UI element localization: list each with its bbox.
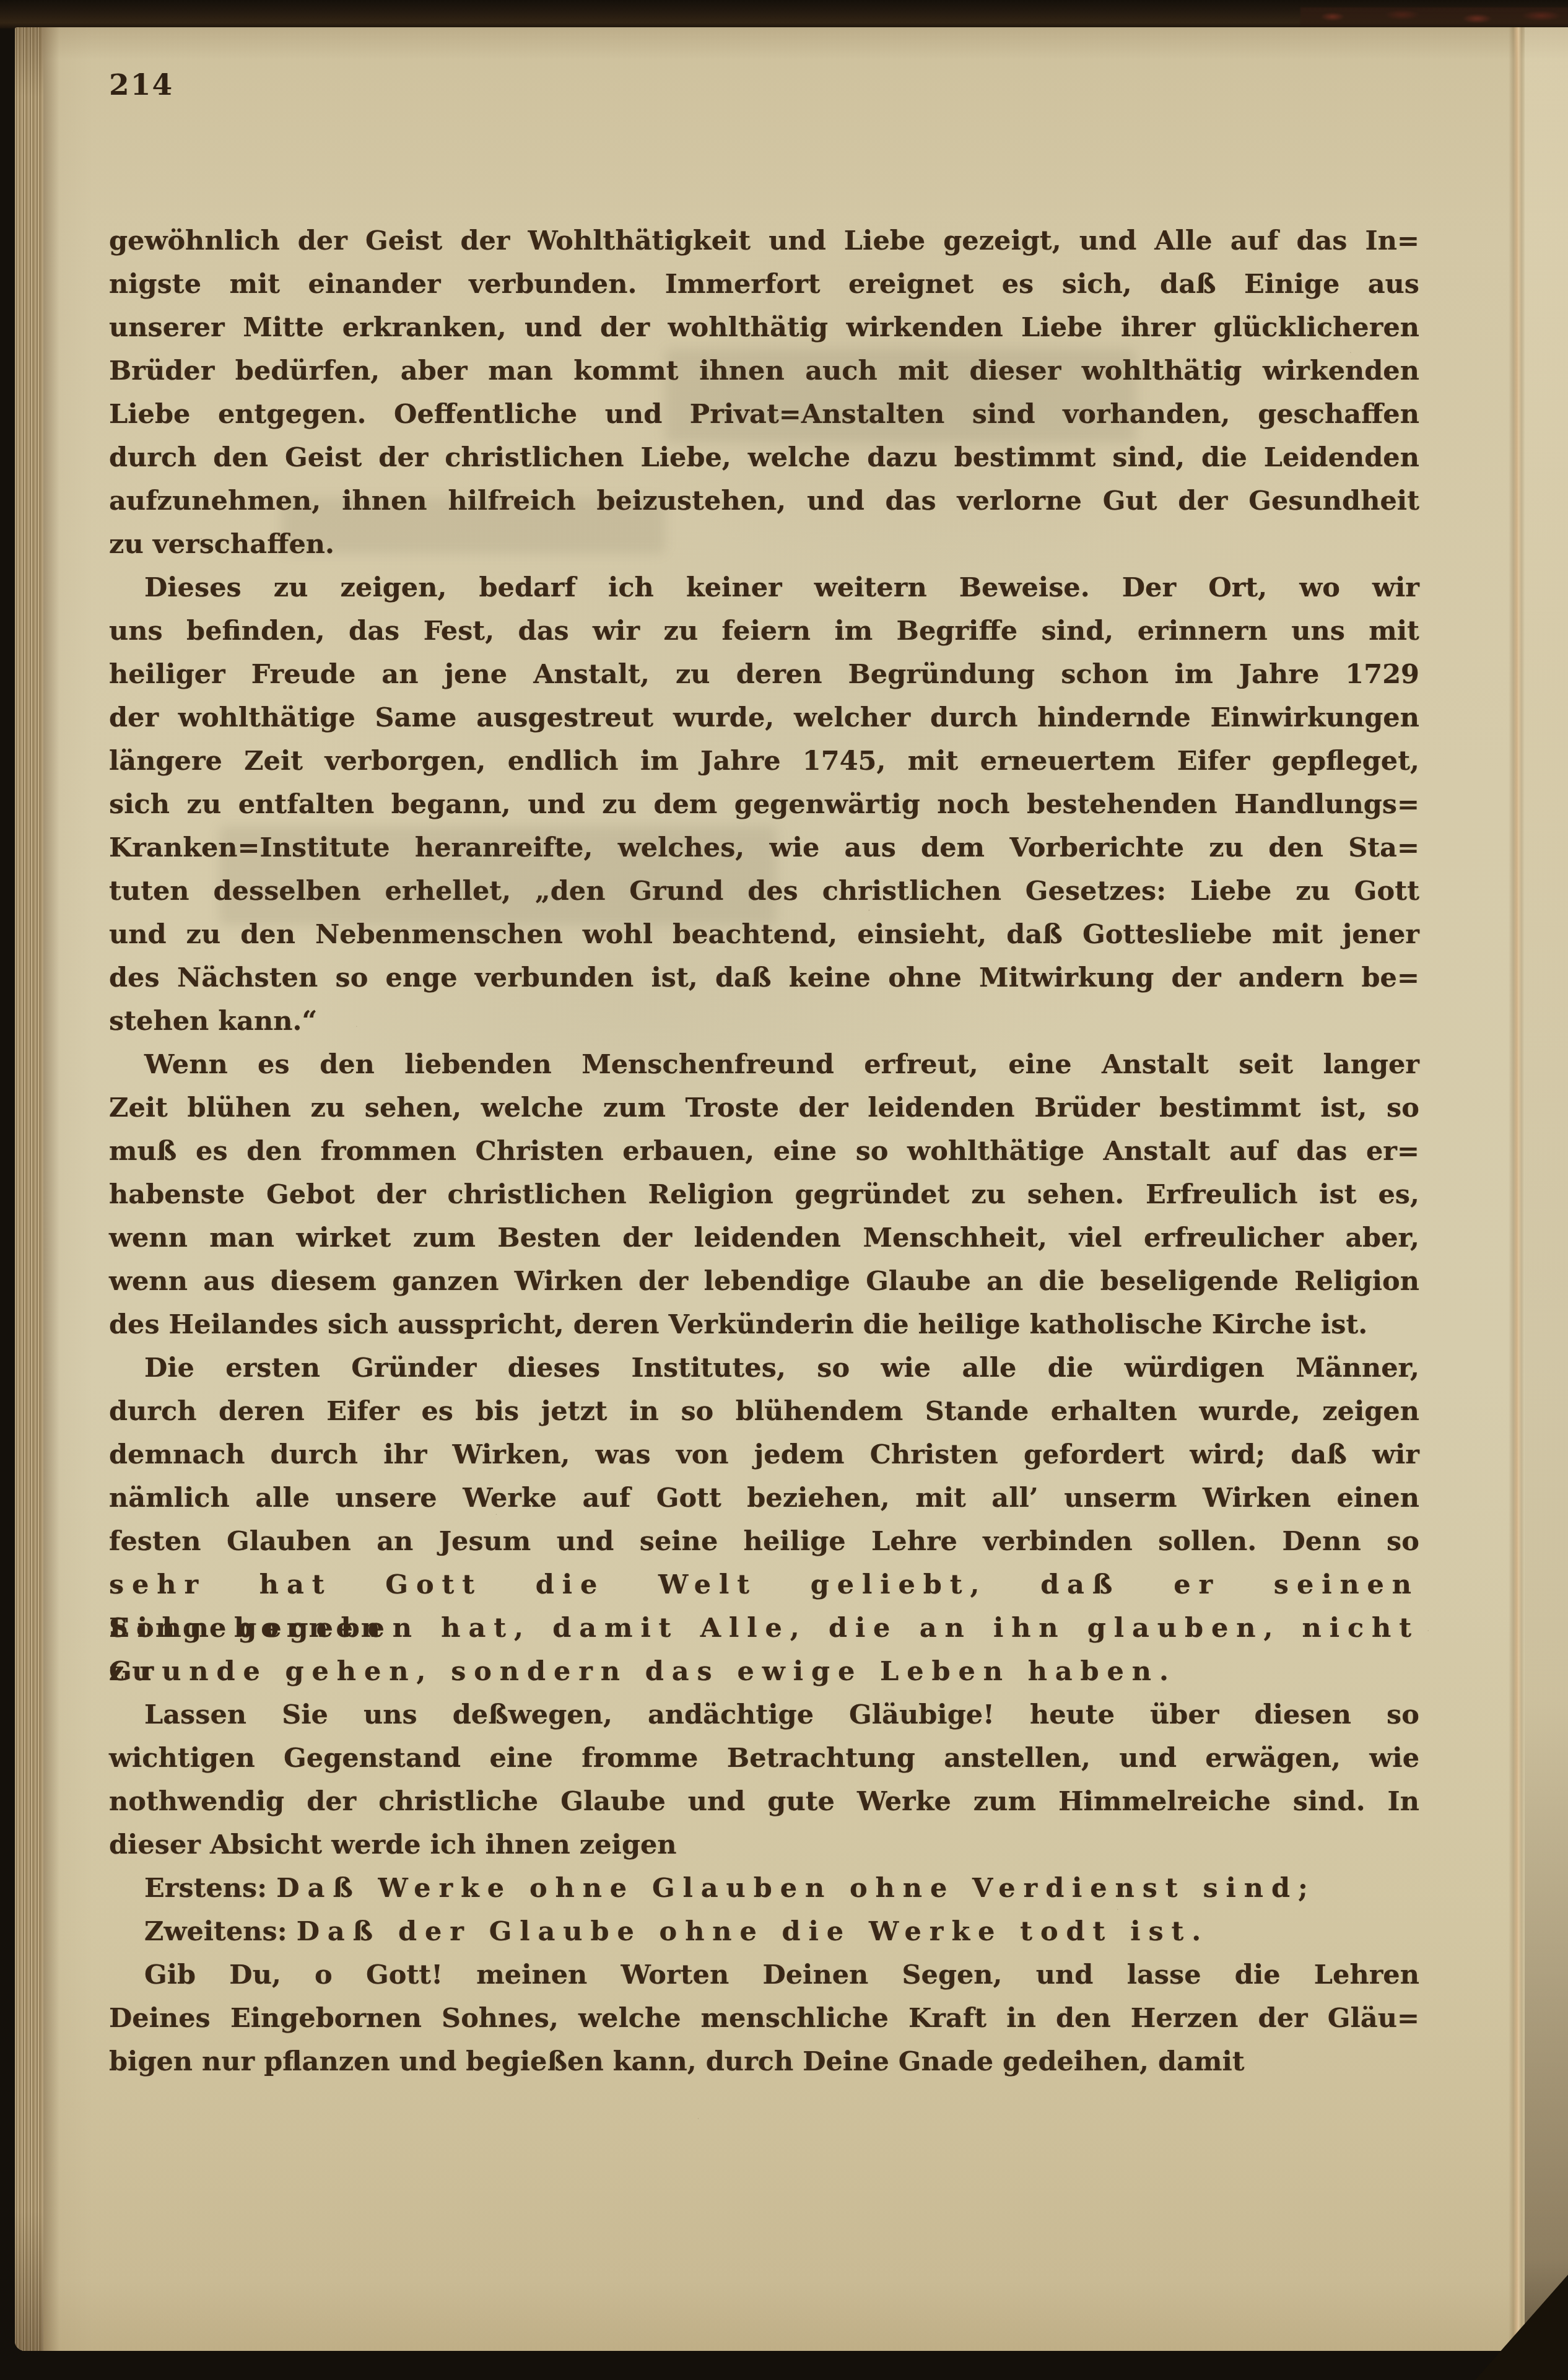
text-block: gewöhnlich der Geist der Wohlthätigkeit …	[109, 219, 1419, 2083]
body-text: der wohlthätige Same ausgestreut wurde, …	[109, 702, 1419, 733]
text-line: aufzunehmen, ihnen hilfreich beizustehen…	[109, 479, 1419, 523]
body-text: habenste Gebot der christlichen Religion…	[109, 1179, 1419, 1210]
text-line: Gib Du, o Gott! meinen Worten Deinen Seg…	[109, 1953, 1419, 1997]
body-text: durch den Geist der christlichen Liebe, …	[109, 442, 1419, 473]
text-line: wenn aus diesem ganzen Wirken der lebend…	[109, 1260, 1419, 1303]
paragraph: Zweitens: Daß der Glaube ohne die Werke …	[109, 1910, 1419, 1953]
body-text: aufzunehmen, ihnen hilfreich beizustehen…	[109, 486, 1419, 517]
body-text: des Heilandes sich ausspricht, deren Ver…	[109, 1309, 1367, 1340]
body-text: demnach durch ihr Wirken, was von jedem …	[109, 1439, 1419, 1470]
paragraph: Die ersten Gründer dieses Institutes, so…	[109, 1346, 1419, 1693]
letterspaced-text: Daß Werke ohne Glauben ohne Verdienst si…	[276, 1873, 1316, 1904]
body-text: Deines Eingebornen Sohnes, welche mensch…	[109, 2003, 1419, 2034]
text-line: Die ersten Gründer dieses Institutes, so…	[109, 1346, 1419, 1390]
text-line: Zeit blühen zu sehen, welche zum Troste …	[109, 1086, 1419, 1130]
text-line: des Nächsten so enge verbunden ist, daß …	[109, 956, 1419, 1000]
body-text: nothwendig der christliche Glaube und gu…	[109, 1786, 1419, 1817]
body-text: sich zu entfalten begann, und zu dem geg…	[109, 789, 1419, 820]
paragraph: Gib Du, o Gott! meinen Worten Deinen Seg…	[109, 1953, 1419, 2083]
text-line: Lassen Sie uns deßwegen, andächtige Gläu…	[109, 1693, 1419, 1737]
page-edge-shadow	[43, 27, 59, 2351]
body-text: Wenn es den liebenden Menschenfreund erf…	[144, 1049, 1419, 1080]
body-text: zu verschaffen.	[109, 529, 334, 560]
text-line: heiliger Freude an jene Anstalt, zu dere…	[109, 653, 1419, 696]
text-line: längere Zeit verborgen, endlich im Jahre…	[109, 739, 1419, 783]
body-text: nigste mit einander verbunden. Immerfort…	[109, 269, 1419, 300]
body-text: Zeit blühen zu sehen, welche zum Troste …	[109, 1092, 1419, 1123]
text-line: nämlich alle unsere Werke auf Gott bezie…	[109, 1476, 1419, 1520]
body-text: Gib Du, o Gott! meinen Worten Deinen Seg…	[144, 1959, 1419, 1990]
body-text: bigen nur pflanzen und begießen kann, du…	[109, 2046, 1245, 2077]
paragraph: Erstens: Daß Werke ohne Glauben ohne Ver…	[109, 1867, 1419, 1910]
body-text: wichtigen Gegenstand eine fromme Betrach…	[109, 1743, 1419, 1774]
text-line: sehr hat Gott die Welt geliebt, daß er s…	[109, 1563, 1419, 1606]
text-line: bigen nur pflanzen und begießen kann, du…	[109, 2040, 1419, 2083]
body-text: stehen kann.“	[109, 1006, 317, 1037]
body-text: Erstens:	[144, 1873, 276, 1904]
text-line: und zu den Nebenmenschen wohl beachtend,…	[109, 913, 1419, 956]
body-text: des Nächsten so enge verbunden ist, daß …	[109, 962, 1419, 993]
text-line: Kranken=Institute heranreifte, welches, …	[109, 826, 1419, 870]
body-text: Kranken=Institute heranreifte, welches, …	[109, 832, 1419, 863]
body-text: und zu den Nebenmenschen wohl beachtend,…	[109, 919, 1419, 950]
body-text: wenn aus diesem ganzen Wirken der lebend…	[109, 1266, 1419, 1297]
paragraph: Wenn es den liebenden Menschenfreund erf…	[109, 1043, 1419, 1346]
body-text: gewöhnlich der Geist der Wohlthätigkeit …	[109, 225, 1419, 256]
body-text: Brüder bedürfen, aber man kommt ihnen au…	[109, 355, 1419, 386]
body-text: Dieses zu zeigen, bedarf ich keiner weit…	[144, 572, 1419, 603]
text-line: durch den Geist der christlichen Liebe, …	[109, 436, 1419, 479]
text-line: unserer Mitte erkranken, und der wohlthä…	[109, 306, 1419, 349]
body-text: Liebe entgegen. Oeffentliche und Privat=…	[109, 399, 1419, 430]
text-line: Deines Eingebornen Sohnes, welche mensch…	[109, 1997, 1419, 2040]
text-line: nothwendig der christliche Glaube und gu…	[109, 1780, 1419, 1823]
text-line: Brüder bedürfen, aber man kommt ihnen au…	[109, 349, 1419, 393]
paragraph: Lassen Sie uns deßwegen, andächtige Gläu…	[109, 1693, 1419, 1867]
body-text: Zweitens:	[144, 1916, 297, 1947]
page-number: 214	[109, 68, 173, 102]
letterspaced-text: Grunde gehen, sondern das ewige Leben ha…	[109, 1656, 1177, 1687]
text-line: Erstens: Daß Werke ohne Glauben ohne Ver…	[109, 1867, 1419, 1910]
body-text: heiliger Freude an jene Anstalt, zu dere…	[109, 659, 1419, 690]
book-cover-edge	[0, 0, 1568, 28]
text-line: dieser Absicht werde ich ihnen zeigen	[109, 1823, 1419, 1867]
text-line: habenste Gebot der christlichen Religion…	[109, 1173, 1419, 1216]
body-text: dieser Absicht werde ich ihnen zeigen	[109, 1829, 677, 1860]
text-line: Liebe entgegen. Oeffentliche und Privat=…	[109, 393, 1419, 436]
text-line: sich zu entfalten begann, und zu dem geg…	[109, 783, 1419, 826]
book-scan: 214 gewöhnlich der Geist der Wohlthätigk…	[0, 0, 1568, 2380]
text-line: Sohn gegeben hat, damit Alle, die an ihn…	[109, 1606, 1419, 1650]
body-text: festen Glauben an Jesum und seine heilig…	[109, 1526, 1419, 1557]
page-edge-stack	[15, 27, 43, 2351]
body-text: nämlich alle unsere Werke auf Gott bezie…	[109, 1483, 1419, 1514]
text-line: uns befinden, das Fest, das wir zu feier…	[109, 609, 1419, 653]
text-line: Dieses zu zeigen, bedarf ich keiner weit…	[109, 566, 1419, 609]
body-text: Die ersten Gründer dieses Institutes, so…	[144, 1353, 1419, 1384]
text-line: des Heilandes sich ausspricht, deren Ver…	[109, 1303, 1419, 1346]
text-line: gewöhnlich der Geist der Wohlthätigkeit …	[109, 219, 1419, 263]
text-line: Wenn es den liebenden Menschenfreund erf…	[109, 1043, 1419, 1086]
body-text: längere Zeit verborgen, endlich im Jahre…	[109, 746, 1419, 777]
text-line: durch deren Eifer es bis jetzt in so blü…	[109, 1390, 1419, 1433]
page-crease	[1509, 27, 1525, 2351]
body-text: Lassen Sie uns deßwegen, andächtige Gläu…	[144, 1699, 1419, 1730]
body-text: uns befinden, das Fest, das wir zu feier…	[109, 616, 1419, 647]
text-line: demnach durch ihr Wirken, was von jedem …	[109, 1433, 1419, 1476]
body-text: wenn man wirket zum Besten der leidenden…	[109, 1223, 1419, 1253]
letterspaced-text: Daß der Glaube ohne die Werke todt ist.	[297, 1916, 1209, 1947]
body-text: muß es den frommen Christen erbauen, ein…	[109, 1136, 1419, 1167]
text-line: festen Glauben an Jesum und seine heilig…	[109, 1520, 1419, 1563]
text-line: Grunde gehen, sondern das ewige Leben ha…	[109, 1650, 1419, 1693]
text-line: der wohlthätige Same ausgestreut wurde, …	[109, 696, 1419, 739]
book-page: 214 gewöhnlich der Geist der Wohlthätigk…	[15, 27, 1568, 2351]
paragraph: gewöhnlich der Geist der Wohlthätigkeit …	[109, 219, 1419, 566]
text-line: nigste mit einander verbunden. Immerfort…	[109, 263, 1419, 306]
text-line: zu verschaffen.	[109, 523, 1419, 566]
paragraph: Dieses zu zeigen, bedarf ich keiner weit…	[109, 566, 1419, 1043]
body-text: unserer Mitte erkranken, und der wohlthä…	[109, 312, 1419, 343]
text-line: Zweitens: Daß der Glaube ohne die Werke …	[109, 1910, 1419, 1953]
text-line: wenn man wirket zum Besten der leidenden…	[109, 1216, 1419, 1260]
body-text: tuten desselben erhellet, „den Grund des…	[109, 876, 1419, 907]
text-line: wichtigen Gegenstand eine fromme Betrach…	[109, 1737, 1419, 1780]
body-text: durch deren Eifer es bis jetzt in so blü…	[109, 1396, 1419, 1427]
cover-marbling	[1300, 7, 1568, 26]
page-gutter-curve	[1525, 27, 1568, 2351]
text-line: muß es den frommen Christen erbauen, ein…	[109, 1130, 1419, 1173]
text-line: tuten desselben erhellet, „den Grund des…	[109, 870, 1419, 913]
text-line: stehen kann.“	[109, 1000, 1419, 1043]
